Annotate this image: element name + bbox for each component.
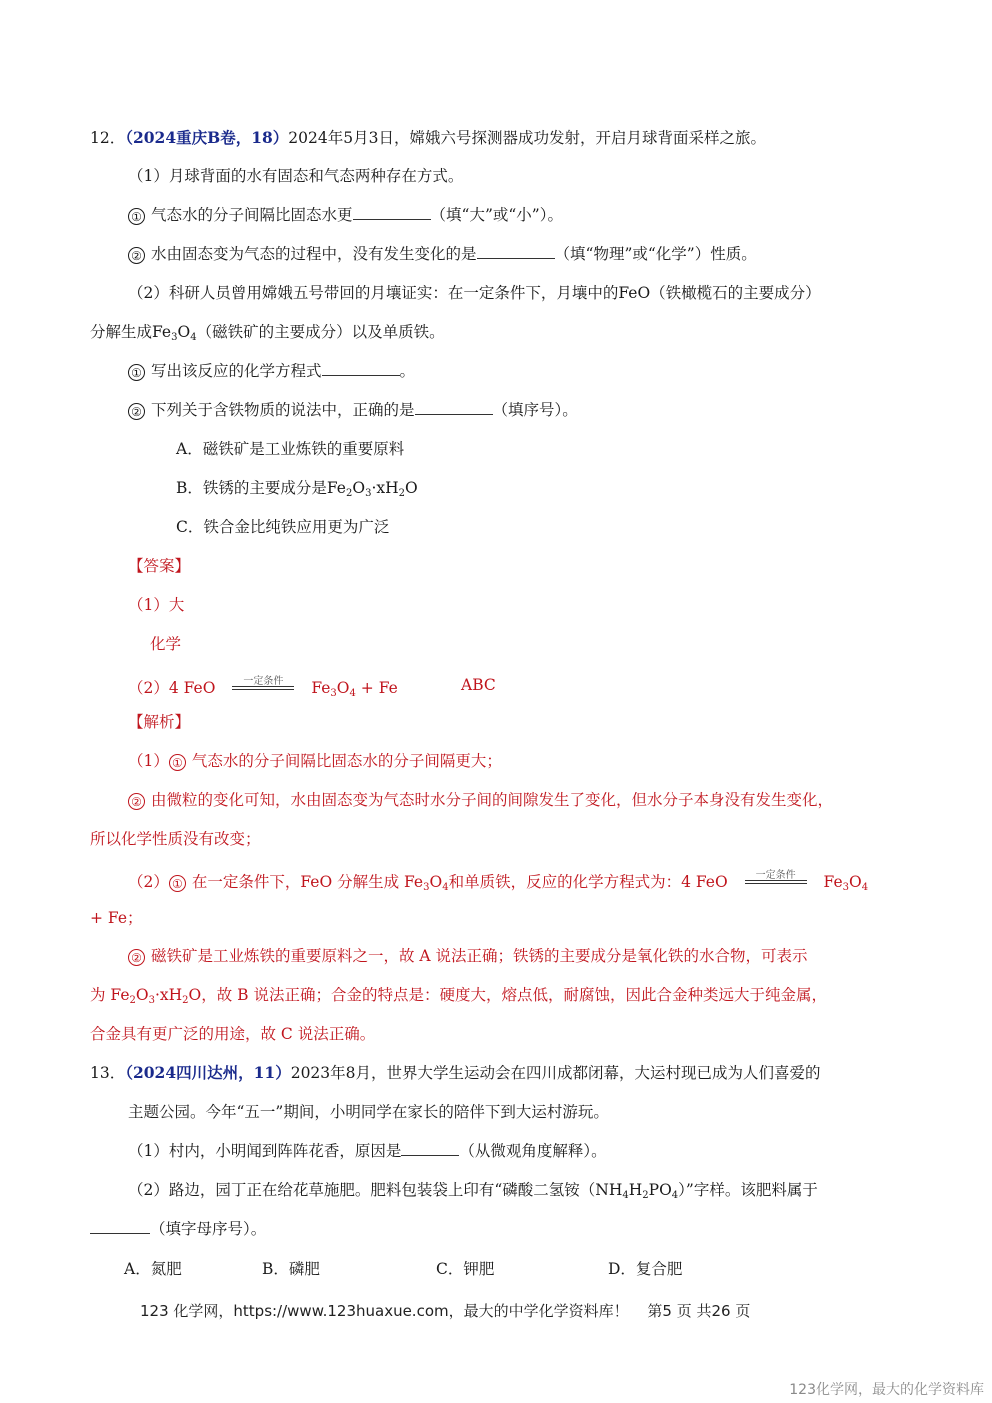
- circled-number: ②: [128, 247, 145, 264]
- q13-option-c: C．钾肥: [436, 1259, 494, 1279]
- reaction-condition-arrow: 一定条件: [232, 675, 294, 695]
- reaction-condition-arrow: 一定条件: [745, 869, 807, 889]
- analysis-part2-2-line1: ②磁铁矿是工业炼铁的重要原料之一，故 A 说法正确；铁锈的主要成分是氧化铁的水合…: [128, 946, 808, 966]
- q12-part2-intro-line2: 分解生成Fe3O4（磁铁矿的主要成分）以及单质铁。: [90, 322, 445, 342]
- q13-option-d: D．复合肥: [608, 1259, 682, 1279]
- q13-part2-line2: （填字母序号）。: [90, 1219, 266, 1239]
- answer-blank[interactable]: [401, 1141, 459, 1156]
- answer-part2: （2）4 FeO 一定条件 Fe3O4 + Fe: [128, 675, 398, 698]
- answer-blank[interactable]: [353, 205, 431, 220]
- q12-part1-q1: ①气态水的分子间隔比固态水更（填“大”或“小”）。: [128, 205, 563, 225]
- circled-number: ②: [128, 403, 145, 420]
- q13-option-b: B．磷肥: [262, 1259, 320, 1279]
- q12-option-b: B．铁锈的主要成分是Fe2O3·xH2O: [176, 478, 418, 498]
- q13-option-a: A．氮肥: [124, 1259, 182, 1279]
- q12-part1-q2: ②水由固态变为气态的过程中，没有发生变化的是（填“物理”或“化学”）性质。: [128, 244, 757, 264]
- answer-part1-b: 化学: [150, 634, 181, 654]
- answer-blank[interactable]: [477, 244, 555, 259]
- question-number: 12．: [90, 129, 125, 147]
- q12-option-a: A．磁铁矿是工业炼铁的重要原料: [176, 439, 404, 459]
- q12-part2-q2: ②下列关于含铁物质的说法中，正确的是（填序号）。: [128, 400, 578, 420]
- circled-number: ①: [128, 364, 145, 381]
- q12-option-c: C．铁合金比纯铁应用更为广泛: [176, 517, 389, 537]
- analysis-part2-1-line2: + Fe；: [90, 908, 143, 928]
- answer-part1-a: （1）大: [128, 595, 184, 615]
- q12-stem: 12．（2024重庆B卷，18）2024年5月3日，嫦娥六号探测器成功发射，开启…: [90, 128, 766, 148]
- analysis-part2-2-line2: 为 Fe2O3·xH2O，故 B 说法正确；合金的特点是：硬度大，熔点低，耐腐蚀…: [90, 985, 827, 1005]
- answer-choice: ABC: [461, 675, 496, 695]
- analysis-part2-2-line3: 合金具有更广泛的用途，故 C 说法正确。: [90, 1024, 375, 1044]
- q13-stem-line2: 主题公园。今年“五一”期间，小明同学在家长的陪伴下到大运村游玩。: [128, 1102, 609, 1122]
- q13-part2-line1: （2）路边，园丁正在给花草施肥。肥料包装袋上印有“磷酸二氢铵（NH4H2PO4）…: [128, 1180, 818, 1200]
- question-stem: 2024年5月3日，嫦娥六号探测器成功发射，开启月球背面采样之旅。: [288, 129, 766, 147]
- watermark: 123化学网，最大的化学资料库: [789, 1379, 984, 1399]
- circled-number: ①: [169, 875, 186, 892]
- circled-number: ②: [128, 949, 145, 966]
- q12-part1-intro: （1）月球背面的水有固态和气态两种存在方式。: [128, 166, 463, 186]
- circled-number: ①: [128, 208, 145, 225]
- circled-number: ②: [128, 793, 145, 810]
- question-number: 13．: [90, 1064, 125, 1082]
- q12-part2-q1: ①写出该反应的化学方程式。: [128, 361, 415, 381]
- answer-blank[interactable]: [90, 1219, 150, 1234]
- question-source: （2024四川达州，11）: [125, 1063, 290, 1082]
- q13-part1: （1）村内，小明闻到阵阵花香，原因是（从微观角度解释）。: [128, 1141, 607, 1161]
- q12-part2-intro-line1: （2）科研人员曾用嫦娥五号带回的月壤证实：在一定条件下，月壤中的FeO（铁橄榄石…: [128, 283, 821, 303]
- circled-number: ①: [169, 754, 186, 771]
- answer-blank[interactable]: [322, 361, 400, 376]
- answer-blank[interactable]: [415, 400, 493, 415]
- answer-heading: 【答案】: [128, 556, 190, 576]
- page-footer: 123 化学网，https://www.123huaxue.com，最大的中学化…: [140, 1300, 750, 1321]
- q13-stem-line1: 13．（2024四川达州，11）2023年8月，世界大学生运动会在四川成都闭幕，…: [90, 1063, 821, 1083]
- footer-site-text: 123 化学网，https://www.123huaxue.com，最大的中学化…: [140, 1302, 629, 1320]
- analysis-part2-1-line1: （2）①在一定条件下，FeO 分解生成 Fe3O4和单质铁，反应的化学方程式为：…: [128, 869, 868, 892]
- question-source: （2024重庆B卷，18）: [125, 128, 288, 147]
- analysis-heading: 【解析】: [128, 712, 190, 732]
- page-number: 第5 页 共26 页: [647, 1302, 750, 1320]
- analysis-part1-2-line1: ②由微粒的变化可知，水由固态变为气态时水分子间的间隙发生了变化，但水分子本身没有…: [128, 790, 833, 810]
- analysis-part1-1: （1）①气态水的分子间隔比固态水的分子间隔更大；: [128, 751, 502, 771]
- analysis-part1-2-line2: 所以化学性质没有改变；: [90, 829, 261, 849]
